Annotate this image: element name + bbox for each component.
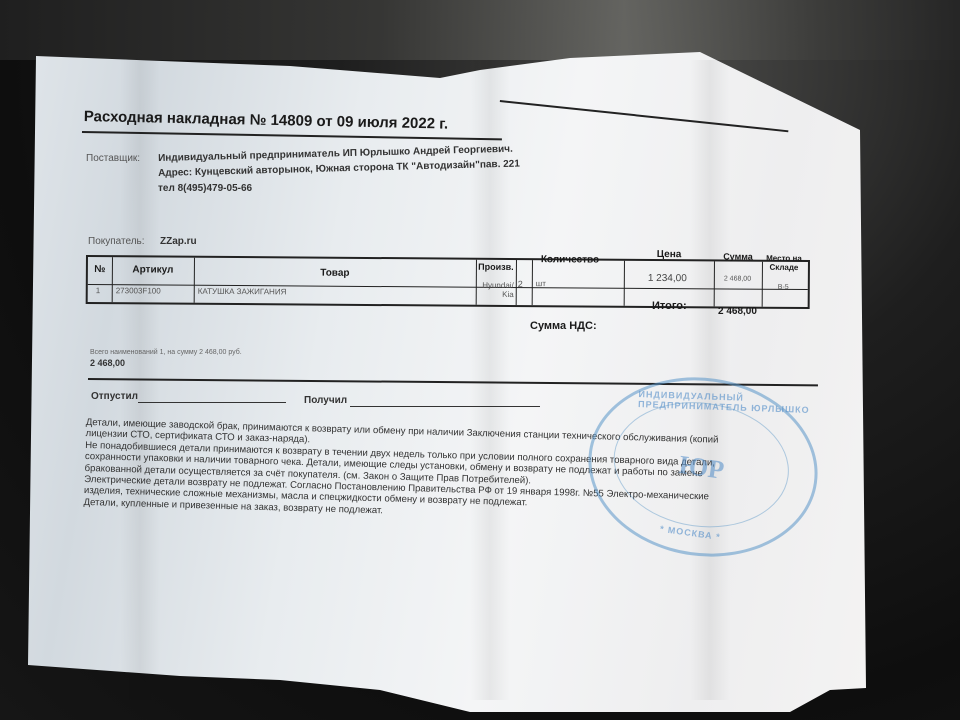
stamp-center-text: ЮР (677, 450, 726, 486)
invoice-document: Расходная накладная № 14809 от 09 июля 2… (0, 0, 960, 720)
vat-label: Сумма НДС: (530, 320, 597, 332)
row-price: 1 234,00 (648, 273, 687, 284)
col-item (194, 258, 477, 305)
received-by-label: Получил (304, 395, 347, 406)
total-label: Итого: (652, 300, 687, 312)
header-qty: Количество (516, 254, 624, 266)
supplier-phone: тел 8(495)479-05-66 (158, 183, 252, 194)
header-location: Место на Складе (762, 254, 806, 272)
total-value: 2 468,00 (718, 306, 757, 317)
header-price: Цена (624, 249, 714, 261)
row-location: B-5 (778, 284, 789, 291)
buyer-label: Покупатель: (88, 236, 145, 247)
received-by-signature-line (350, 406, 540, 407)
row-manufacturer: Hyundai/ Kia (478, 281, 514, 299)
released-by-signature-line (138, 402, 286, 403)
header-manufacturer: Произв. (476, 262, 516, 272)
title-underline (500, 100, 789, 132)
header-sum: Сумма (714, 251, 762, 261)
row-article: 273003F100 (116, 286, 161, 295)
row-num: 1 (96, 286, 101, 295)
summary-value: 2 468,00 (90, 358, 125, 368)
row-unit: шт (536, 279, 546, 288)
row-qty: 2 (518, 279, 523, 289)
summary-line: Всего наименований 1, на сумму 2 468,00 … (90, 349, 242, 356)
items-table: № Артикул Товар Произв. Количество Цена … (86, 255, 810, 309)
row-item: КАТУШКА ЗАЖИГАНИЯ (198, 287, 287, 297)
header-num: № (88, 264, 112, 275)
company-stamp: ИНДИВИДУАЛЬНЫЙ ПРЕДПРИНИМАТЕЛЬ ЮРЛЫШКО *… (577, 363, 830, 571)
header-item: Товар (194, 267, 476, 280)
buyer-name: ZZap.ru (160, 236, 197, 247)
header-article: Артикул (112, 264, 194, 276)
released-by-label: Отпустил (91, 391, 138, 402)
invoice-title: Расходная накладная № 14809 от 09 июля 2… (84, 108, 449, 133)
row-sum: 2 468,00 (724, 275, 751, 282)
supplier-label: Поставщик: (86, 153, 140, 164)
col-sum (714, 261, 763, 306)
